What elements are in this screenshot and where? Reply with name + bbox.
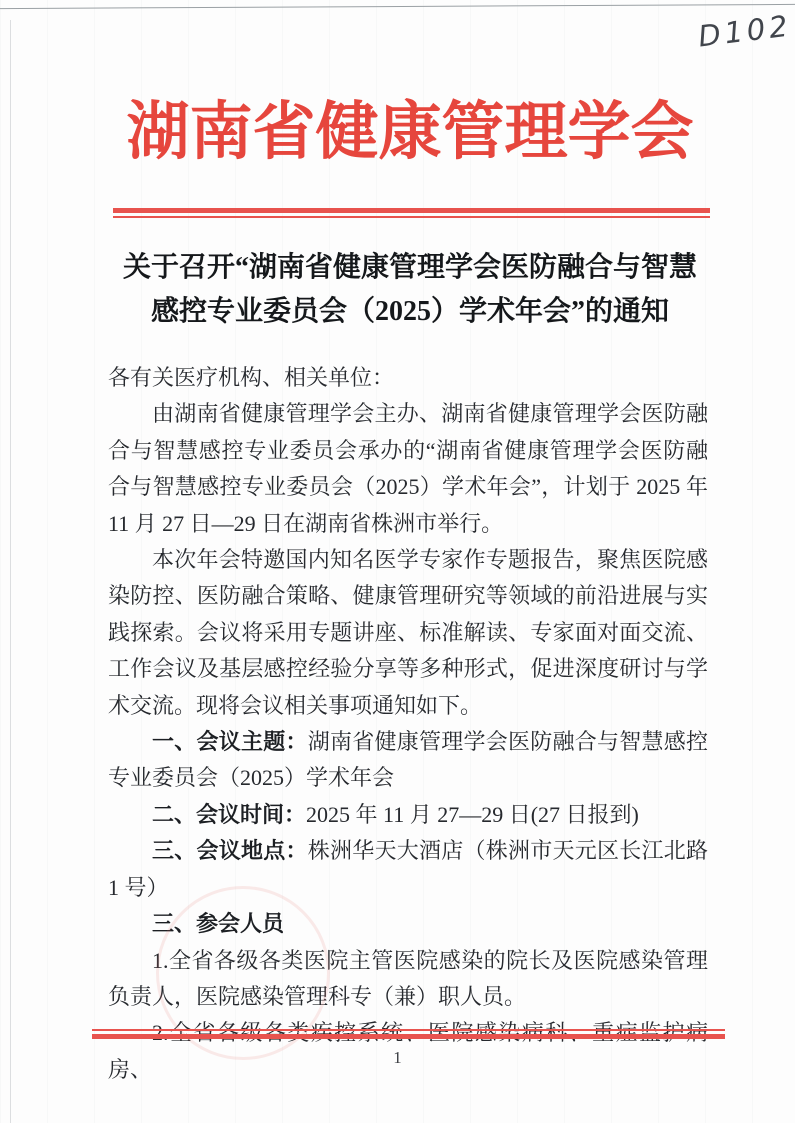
notice-title-line2: 感控专业委员会（2025）学术年会”的通知 — [110, 290, 710, 334]
section-venue-label: 三、会议地点： — [152, 838, 308, 863]
section-time-text: 2025 年 11 月 27—29 日(27 日报到) — [306, 802, 639, 827]
letterhead-double-rule — [113, 208, 710, 218]
section-time-label: 二、会议时间： — [152, 802, 306, 827]
section-time: 二、会议时间：2025 年 11 月 27—29 日(27 日报到) — [108, 797, 708, 833]
scan-edge-top — [0, 4, 795, 9]
paragraph-format: 本次年会特邀国内知名医学专家作专题报告，聚焦医院感染防控、医防融合策略、健康管理… — [108, 542, 708, 724]
section-venue: 三、会议地点：株洲华天大酒店（株洲市天元区长江北路 1 号） — [108, 833, 708, 906]
section-theme-label: 一、会议主题： — [152, 729, 308, 754]
handwritten-annotation: D102 — [696, 8, 793, 53]
section-theme: 一、会议主题：湖南省健康管理学会医防融合与智慧感控专业委员会（2025）学术年会 — [108, 724, 708, 797]
notice-title-line1: 关于召开“湖南省健康管理学会医防融合与智慧 — [110, 246, 710, 290]
rule-thick-bar — [92, 1034, 725, 1039]
scan-edge-left — [10, 20, 11, 1123]
page-number: 1 — [0, 1048, 795, 1068]
salutation: 各有关医疗机构、相关单位： — [108, 360, 708, 396]
footer-double-rule — [92, 1029, 725, 1039]
notice-title: 关于召开“湖南省健康管理学会医防融合与智慧 感控专业委员会（2025）学术年会”… — [110, 246, 710, 334]
rule-thin-bar — [92, 1029, 725, 1031]
scanned-notice-page: D102 湖南省健康管理学会 关于召开“湖南省健康管理学会医防融合与智慧 感控专… — [0, 0, 795, 1123]
letterhead-org-name: 湖南省健康管理学会 — [110, 88, 710, 176]
rule-thin-bar — [113, 216, 710, 218]
paragraph-overview: 由湖南省健康管理学会主办、湖南省健康管理学会医防融合与智慧感控专业委员会承办的“… — [108, 396, 708, 542]
rule-thick-bar — [113, 208, 710, 213]
